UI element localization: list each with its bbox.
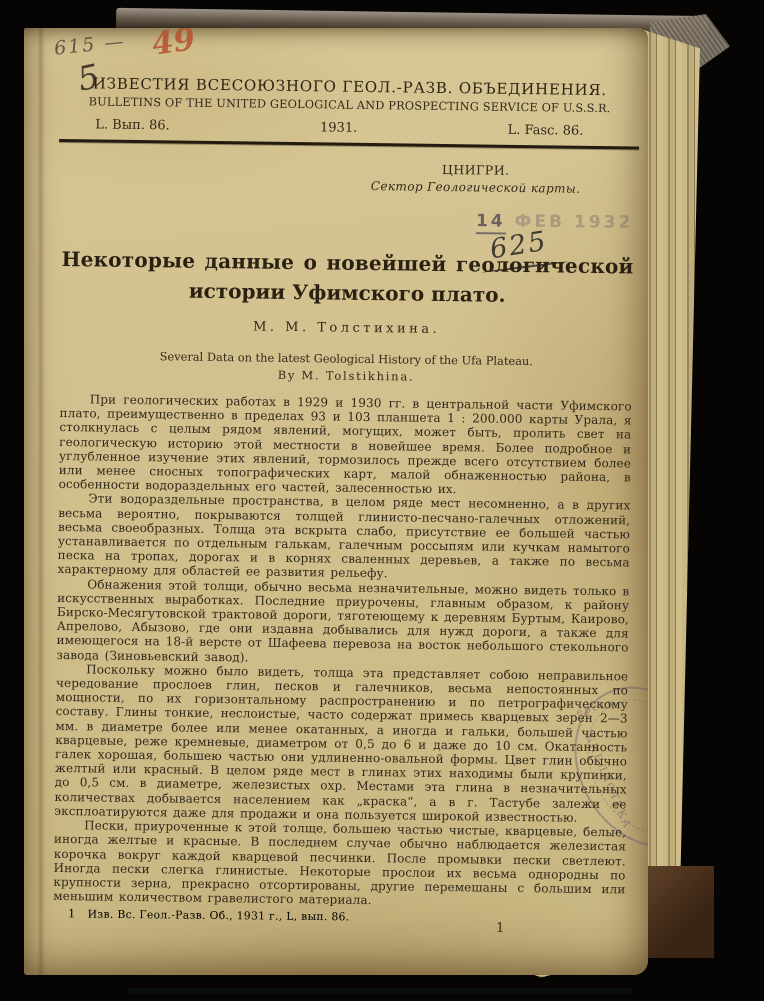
page-number: 1	[496, 921, 504, 936]
handwritten-inventory-number: 615 —	[53, 30, 126, 59]
paragraph-4: Поскольку можно было видеть, толща эта п…	[54, 662, 628, 826]
institution-department: Сектор Геологической карты.	[352, 179, 598, 196]
book-fore-edge-pages	[644, 30, 700, 948]
article-title-line1: Некоторые данные о новейшей геологическо…	[61, 247, 633, 278]
issue-label-russian: L. Вып. 86.	[95, 117, 170, 133]
issue-row: L. Вып. 86. 1931. L. Fasc. 86.	[63, 117, 635, 139]
issue-label-english: L. Fasc. 86.	[508, 123, 584, 139]
book-scan-scene: 615 — 49 5 14 ФЕВ 1932 625 ерств. БИБЛИО…	[0, 0, 764, 1001]
printed-content: ИЗВЕСТИЯ ВСЕСОЮЗНОГО ГЕОЛ.-РАЗВ. ОБЪЕДИН…	[53, 74, 636, 911]
institution-block: ЦНИГРИ. Сектор Геологической карты.	[352, 161, 598, 196]
footnote-text: Изв. Вс. Геол.-Разв. Об., 1931 г., L, вы…	[88, 908, 350, 924]
institution-name: ЦНИГРИ.	[353, 161, 599, 179]
article-body: При геологических работах в 1929 и 1930 …	[53, 392, 632, 911]
paragraph-5: Пески, приуроченные к этой толще, больше…	[53, 818, 626, 911]
footnote: 1Изв. Вс. Геол.-Разв. Об., 1931 г., L, в…	[64, 906, 564, 925]
publication-year: 1931.	[320, 120, 357, 135]
masthead-rule	[59, 139, 639, 150]
paragraph-2: Эти водораздельные пространства, в целом…	[57, 491, 630, 584]
footnote-marker: 1	[68, 906, 76, 920]
article-title-line2: истории Уфимского плато.	[61, 277, 633, 308]
paragraph-3: Обнажения этой толщи, обычно весьма незн…	[56, 577, 629, 670]
paragraph-1: При геологических работах в 1929 и 1930 …	[59, 392, 632, 499]
scanner-bed-edge	[128, 988, 633, 994]
handwritten-red-number: 49	[150, 28, 198, 63]
gutter-crease	[37, 28, 45, 975]
scanned-page: 615 — 49 5 14 ФЕВ 1932 625 ерств. БИБЛИО…	[24, 28, 648, 975]
article-author: М. М. Толстихина.	[61, 317, 633, 339]
